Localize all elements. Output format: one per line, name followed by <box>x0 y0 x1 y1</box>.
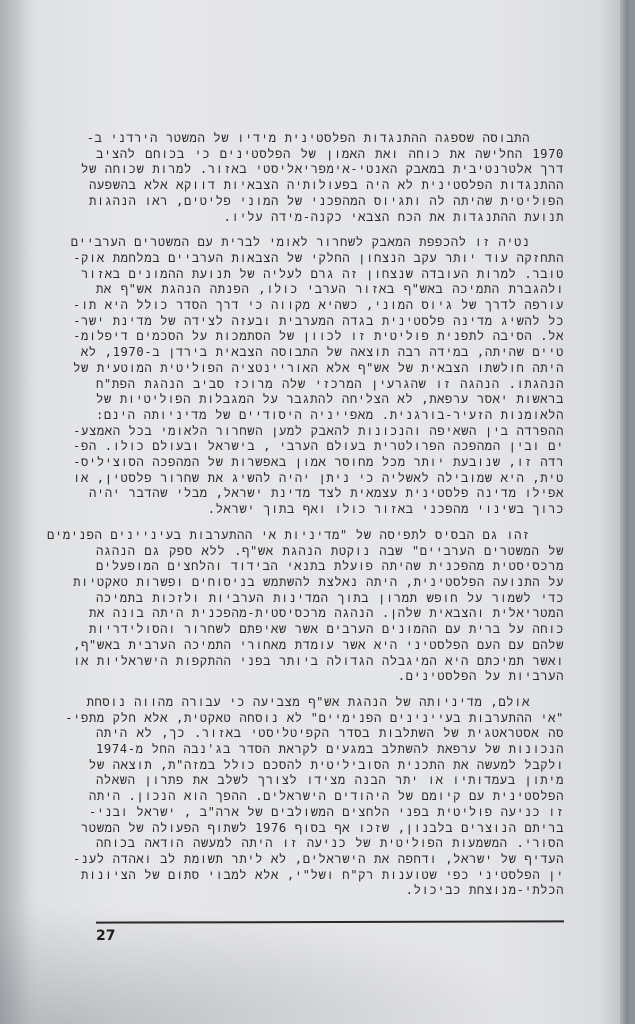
text-line: רדה זו, שנובעת יותר מכל מחוסר אמון באפשר… <box>96 455 564 471</box>
text-line: ההתנגדות הפלסטינית לא היה בפעולותיה הצבא… <box>96 178 564 194</box>
text-line: כדי לשמור על חופש תמרון בתוך המדינות הער… <box>96 591 564 607</box>
text-line: העדיף של ישראל, ודחפה את הישראלים, לא לי… <box>96 852 564 868</box>
text-line: על התנועה הפלסטינית, היתה נאלצת להשתמש ב… <box>96 575 564 591</box>
text-line: עורפה לדרך של גיוס המוני, כשהיא מקווה כי… <box>96 298 564 314</box>
page-number: 27 <box>96 928 115 944</box>
text-line: הכלתי-מנוצחת כביכול. <box>96 883 564 899</box>
text-line: כל להשיג מדינה פלסטינית בגדה המערבית ובע… <box>96 314 564 330</box>
text-line: המטריאלית והצבאית שלהן. הנהגה מרכסיסטית-… <box>96 606 564 622</box>
text-line: ואשר תמיכתם היא המיגבלה הגדולה ביותר בפנ… <box>96 654 564 670</box>
text-line: שלהם עם העם הפלסטיני היא אשר עומדת מאחור… <box>96 638 564 654</box>
text-line: הנכונות של ערפאת להשתלב במגעים לקראת הסד… <box>96 742 564 758</box>
text-line: הנהגתו. הנהגה זו שהגרעין המרכזי שלה מרוכ… <box>96 377 564 393</box>
body-text: התבוסה שספגה ההתנגדות הפלסטינית מידיו של… <box>96 131 564 909</box>
text-line: הסורי. המשמעות הפוליטית של כניעה זו היתה… <box>96 836 564 852</box>
text-line: תנועת ההתנגדות את הכח הצבאי כקנה-מידה על… <box>96 210 564 226</box>
text-line: אל. הסיבה לתפנית פוליטית זו לכוון של הסת… <box>96 329 564 345</box>
text-line: מיתון בעמדותיו או יתר הבנה מצידו לצורך ל… <box>96 773 564 789</box>
text-line: ין הפלסטיני כפי שטוענות רק"ח ושל"י, אלא … <box>96 868 564 884</box>
text-line: הפוליטית שהיתה לה ותגיוס המהפכני של המונ… <box>96 194 564 210</box>
text-line: הפלסטינית עם קיומם של היהודים הישראלים. … <box>96 789 564 805</box>
text-line: ים ובין המהפכה הפרולטרית בעולם הערבי , ב… <box>96 439 564 455</box>
text-line: טית, היא שמובילה לאשליה כי ניתן יהיה להש… <box>96 471 564 487</box>
text-line: הערביות על הפלסטינים. <box>96 669 564 685</box>
text-line: מרכסיסטית מהפכנית שהיתה פועלת בתנאי הביד… <box>96 559 564 575</box>
text-line: סה אסטראטגית של השתלבות בסדר הקפיטליסטי … <box>96 726 564 742</box>
text-line: ההפרדה בין השאיפה והנכונות להאבק למען הש… <box>96 424 564 440</box>
text-line: ולקבל למעשה את התכנית הסוביליטית להסכם כ… <box>96 758 564 774</box>
text-line: של המשטרים הערביים" שבה נוקטת הנהגת אש"ף… <box>96 544 564 560</box>
text-line: בראשות יאסר ערפאת, לא הצליחה להתגבר על ה… <box>96 392 564 408</box>
page-shadow <box>0 0 30 1024</box>
text-line: טובר. למרות העובדה שנצחון זה גרם לעליה ש… <box>96 267 564 283</box>
text-line: אפילו מדינה פלסטינית עצמאית לצד מדינת יש… <box>96 486 564 502</box>
paragraph: זהו גם הבסיס לתפיסה של "מדיניות אי ההתער… <box>96 528 564 685</box>
paragraph: נטיה זו להכפפת המאבק לשחרור לאומי לברית … <box>96 235 564 518</box>
text-line: התחזקה עוד יותר עקב הנצחון החלקי של הצבא… <box>96 251 564 267</box>
text-line: ולהגברת התמיכה באש"ף באזור הערבי כולו, ה… <box>96 282 564 298</box>
paragraph: התבוסה שספגה ההתנגדות הפלסטינית מידיו של… <box>96 131 564 225</box>
text-line: טיים שהיתה, במידה רבה תוצאה של התבוסה הצ… <box>96 345 564 361</box>
book-page: התבוסה שספגה ההתנגדות הפלסטינית מידיו של… <box>0 0 628 1024</box>
text-line: אולם, מדיניותה של הנהגת אש"ף מצביעה כי ע… <box>96 695 564 711</box>
text-line: כרוך בשינוי מהפכני באזור כולו ואף בתוך י… <box>96 502 564 518</box>
text-line: כוחה על ברית עם ההמונים הערבים אשר שאיפת… <box>96 622 564 638</box>
paragraph: אולם, מדיניותה של הנהגת אש"ף מצביעה כי ע… <box>96 695 564 899</box>
text-line: נטיה זו להכפפת המאבק לשחרור לאומי לברית … <box>96 235 564 251</box>
text-line: היתה חולשתו הצבאית של אש"ף אלא האוריינטצ… <box>96 361 564 377</box>
page-edge <box>620 0 628 1024</box>
text-line: התבוסה שספגה ההתנגדות הפלסטינית מידיו של… <box>96 131 564 147</box>
text-line: זהו גם הבסיס לתפיסה של "מדיניות אי ההתער… <box>96 528 564 544</box>
text-line: 1970 החלישה את כוחה ואת האמון של הפלסטינ… <box>96 147 564 163</box>
text-line: בריתם הנוצרים בלבנון, שזכו אף בסוף 1976 … <box>96 821 564 837</box>
text-line: דרך אלטרנטיבית במאבק האנטי-אימפריאליסטי … <box>96 162 564 178</box>
text-line: זו כניעה פוליטית בפני הלחצים המשולבים של… <box>96 805 564 821</box>
text-line: הלאומנות הזעיר-בורגנית. מאפייניה היסודיי… <box>96 408 564 424</box>
text-line: "אי ההתערבות בעיינינים הפנימיים" לא נוסח… <box>96 711 564 727</box>
